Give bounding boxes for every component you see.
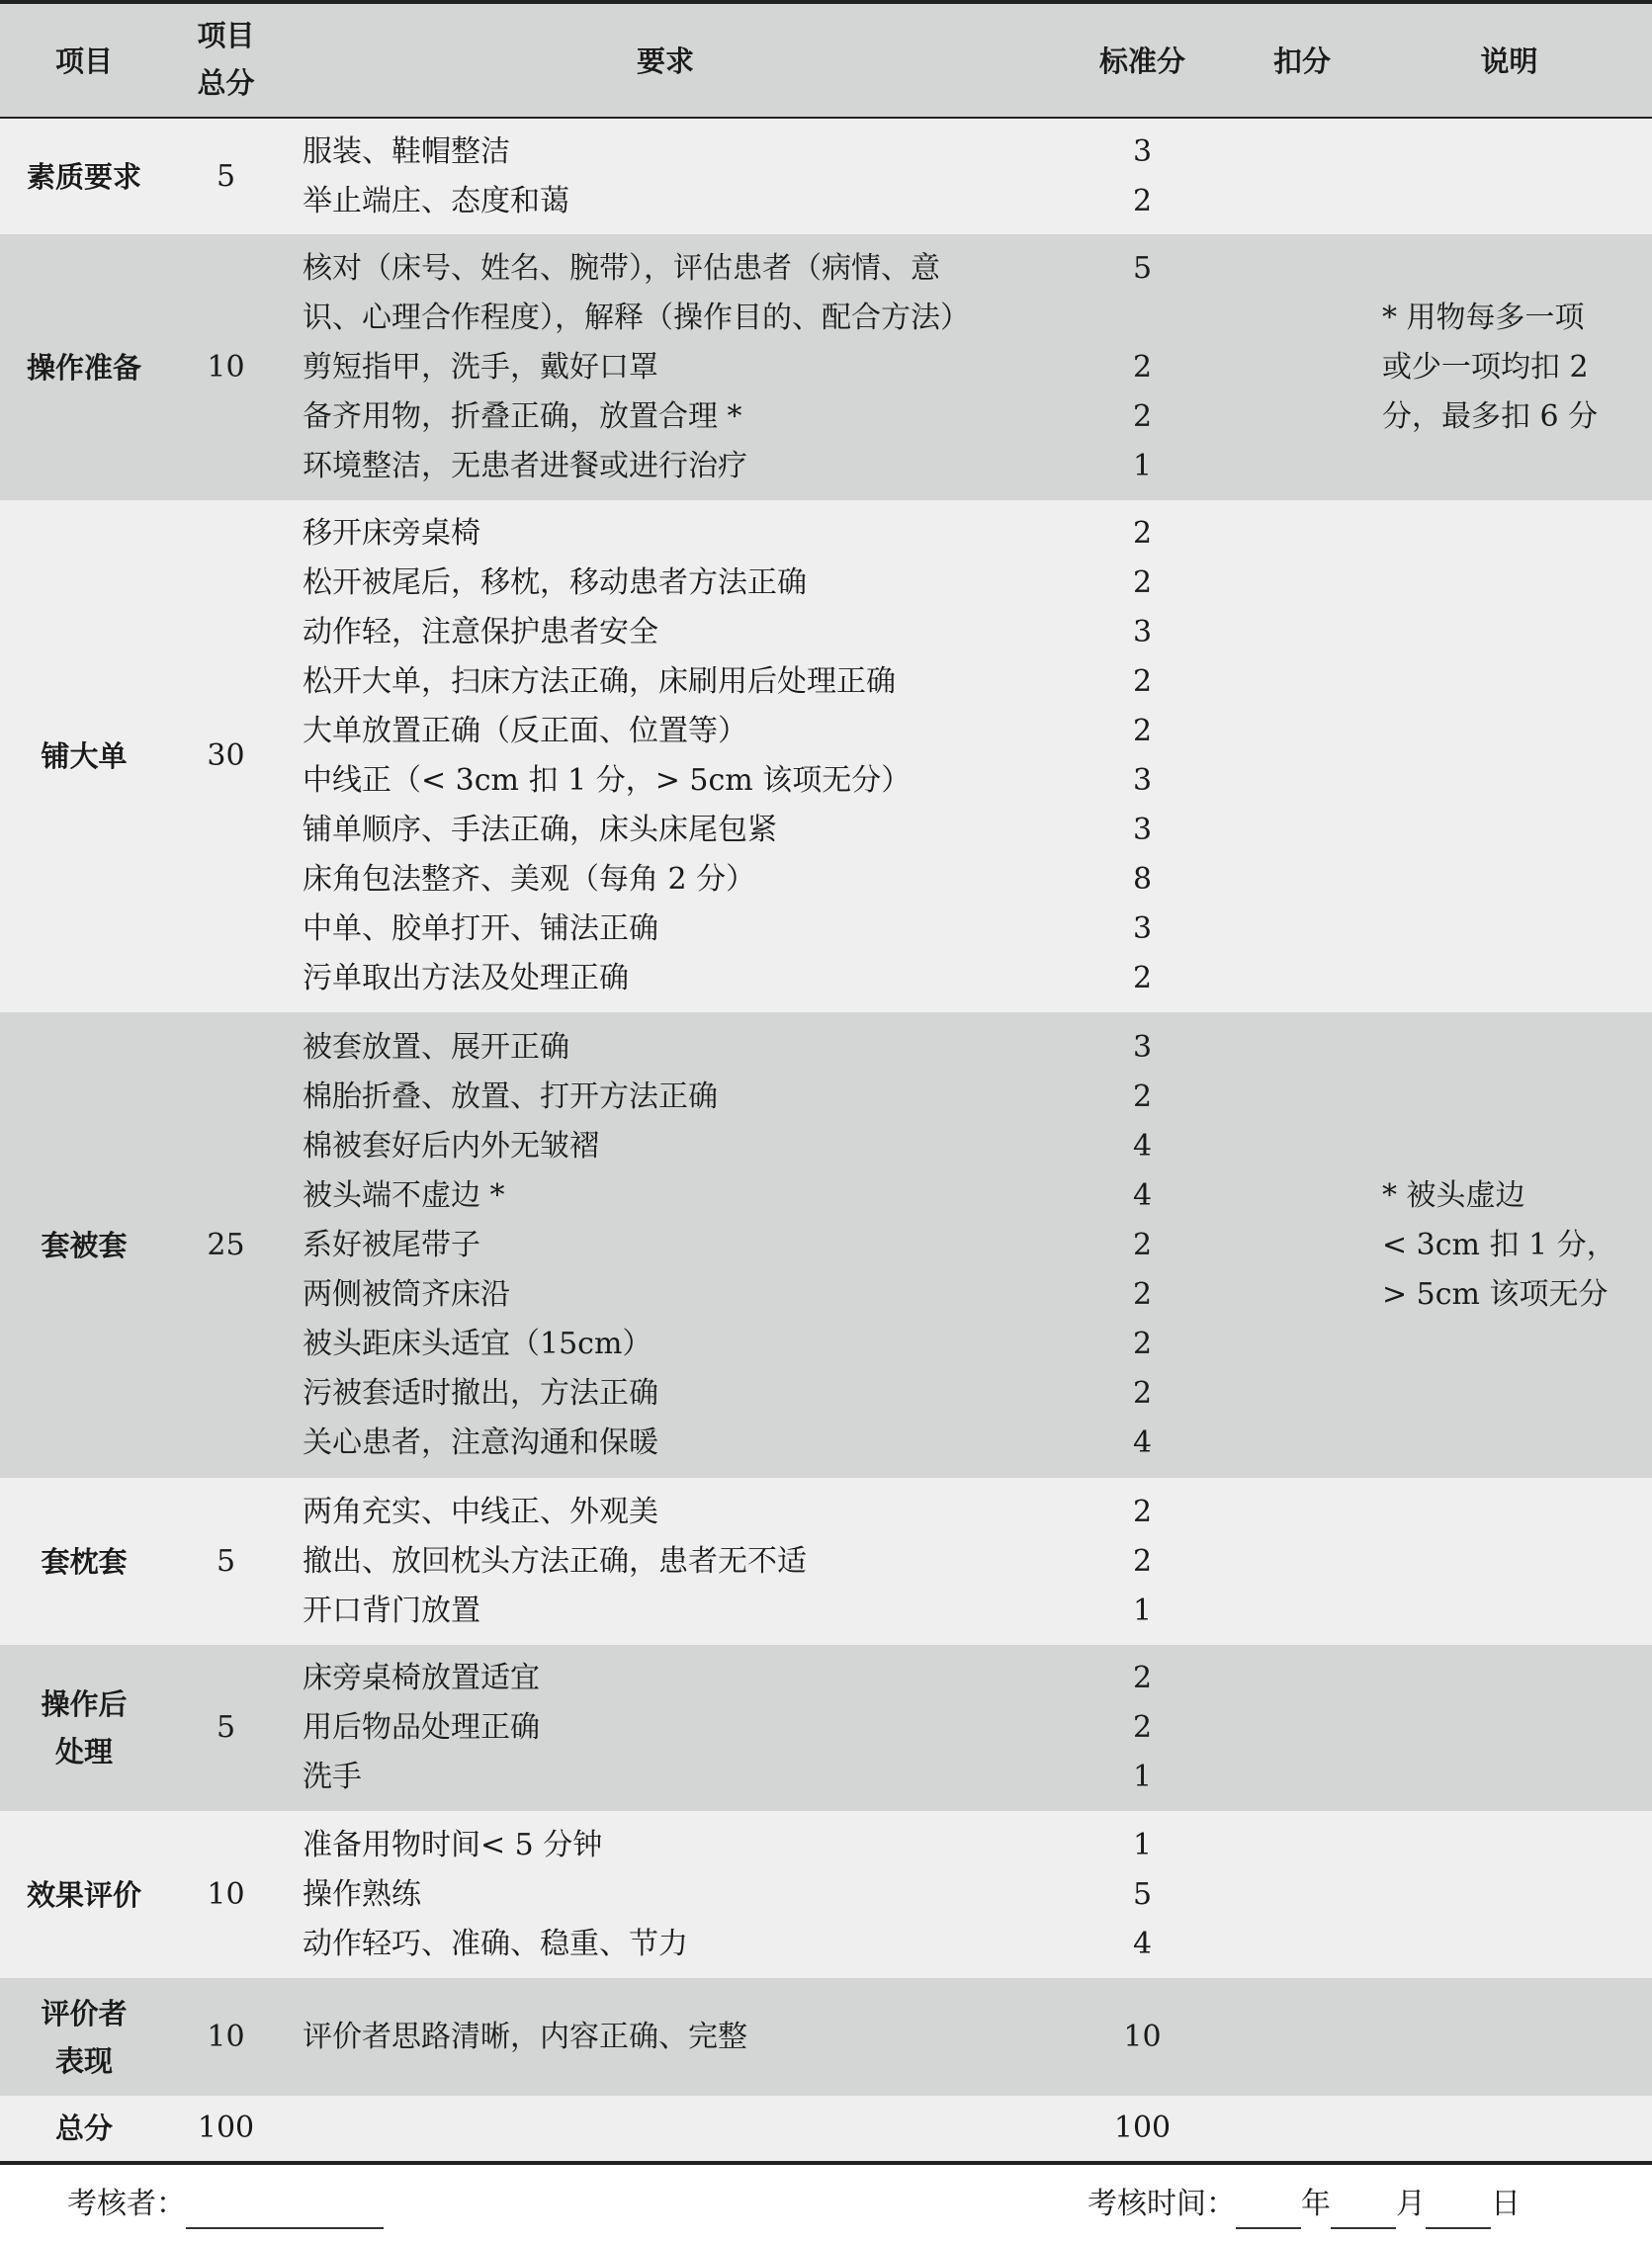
section-row: 操作后处理5床旁桌椅放置适宜2用后物品处理正确2洗手1 [0, 1645, 1652, 1811]
standard-score: 8 [1047, 855, 1238, 905]
requirement-text: 环境整洁，无患者进餐或进行治疗 [303, 442, 1054, 491]
requirement-text: 中线正（< 3cm 扣 1 分，> 5cm 该项无分） [303, 756, 1054, 806]
requirement-text: 两侧被筒齐床沿 [303, 1270, 1054, 1320]
standard-score: 2 [1047, 707, 1238, 756]
standard-score: 3 [1047, 128, 1238, 177]
note-line: > 5cm 该项无分 [1382, 1270, 1641, 1320]
section-row: 套枕套5两角充实、中线正、外观美2撤出、放回枕头方法正确，患者无不适2开口背门放… [0, 1478, 1652, 1645]
standard-score: 1 [1047, 1821, 1238, 1870]
section-total: 10 [168, 344, 284, 391]
deduct-cell[interactable] [1238, 2013, 1366, 2062]
requirement-text: 剪短指甲，洗手，戴好口罩 [303, 343, 1054, 392]
deduct-cell[interactable] [1238, 756, 1366, 806]
deduct-cell[interactable] [1238, 1171, 1366, 1221]
examiner-blank[interactable] [186, 2188, 384, 2229]
category-label: 操作后处理 [0, 1681, 168, 1775]
deduct-cell[interactable] [1238, 905, 1366, 954]
exam-time-label: 考核时间： [1087, 2187, 1236, 2221]
standard-score: 2 [1047, 1320, 1238, 1369]
category-line: 铺大单 [0, 733, 168, 780]
section-row: 素质要求5服装、鞋帽整洁3举止端庄、态度和蔼2 [0, 119, 1652, 234]
requirement-text: 评价者思路清晰，内容正确、完整 [303, 2013, 1054, 2062]
requirement-text: 中单、胶单打开、铺法正确 [303, 905, 1054, 954]
standard-score: 2 [1047, 1488, 1238, 1537]
deduct-cell[interactable] [1238, 1537, 1366, 1587]
category-label: 评价者表现 [0, 1990, 168, 2085]
deduct-cell[interactable] [1238, 177, 1366, 226]
standard-score: 2 [1047, 1270, 1238, 1320]
category-line: 套被套 [0, 1222, 168, 1269]
standard-score: 1 [1047, 442, 1238, 491]
deduct-cell[interactable] [1238, 1870, 1366, 1920]
category-line: 效果评价 [0, 1871, 168, 1919]
section-total: 5 [168, 153, 284, 201]
requirement-text: 棉被套好后内外无皱褶 [303, 1122, 1054, 1171]
category-line: 套枕套 [0, 1538, 168, 1586]
header-total: 项目 总分 [168, 12, 284, 107]
month-label: 月 [1396, 2187, 1426, 2221]
note-line: 分，最多扣 6 分 [1382, 392, 1641, 442]
deduct-cell[interactable] [1238, 806, 1366, 855]
standard-score: 2 [1047, 1073, 1238, 1122]
deduct-cell[interactable] [1238, 954, 1366, 1003]
requirement-text: 被套放置、展开正确 [303, 1023, 1054, 1073]
requirement-text: 移开床旁桌椅 [303, 509, 1054, 559]
category-label: 套被套 [0, 1222, 168, 1269]
header-requirement: 要求 [284, 38, 1047, 85]
requirement-text: 核对（床号、姓名、腕带），评估患者（病情、意 [303, 244, 1054, 294]
standard-score: 2 [1047, 509, 1238, 559]
requirement-text: 动作轻，注意保护患者安全 [303, 608, 1054, 657]
summary-label: 总分 [0, 2105, 168, 2152]
category-line: 操作准备 [0, 344, 168, 391]
section-total: 5 [168, 1704, 284, 1752]
summary-standard: 100 [1047, 2104, 1238, 2153]
standard-score: 10 [1047, 2013, 1238, 2062]
note-line: < 3cm 扣 1 分， [1382, 1221, 1641, 1270]
deduct-cell[interactable] [1238, 1122, 1366, 1171]
standard-score: 3 [1047, 756, 1238, 806]
bottom-rule [0, 2161, 1652, 2165]
standard-score: 4 [1047, 1419, 1238, 1468]
deduct-cell[interactable] [1238, 244, 1366, 294]
section-row: 评价者表现10评价者思路清晰，内容正确、完整10 [0, 1978, 1652, 2096]
deduct-cell[interactable] [1238, 707, 1366, 756]
requirement-text: 大单放置正确（反正面、位置等） [303, 707, 1054, 756]
requirement-text: 洗手 [303, 1753, 1054, 1802]
standard-score: 3 [1047, 806, 1238, 855]
year-label: 年 [1301, 2187, 1331, 2221]
header-total-line2: 总分 [168, 59, 284, 107]
category-line: 素质要求 [0, 153, 168, 201]
deduct-cell[interactable] [1238, 1419, 1366, 1468]
standard-score: 5 [1047, 244, 1238, 294]
deduct-cell[interactable] [1238, 657, 1366, 707]
standard-score: 3 [1047, 905, 1238, 954]
header-total-line1: 项目 [168, 12, 284, 59]
day-blank[interactable] [1426, 2188, 1491, 2229]
deduct-cell[interactable] [1238, 343, 1366, 392]
standard-score: 2 [1047, 1537, 1238, 1587]
year-blank[interactable] [1236, 2188, 1301, 2229]
requirement-text: 两角充实、中线正、外观美 [303, 1488, 1054, 1537]
standard-score: 2 [1047, 392, 1238, 442]
requirement-text: 松开被尾后，移枕，移动患者方法正确 [303, 559, 1054, 608]
note-line: 或少一项均扣 2 [1382, 343, 1641, 392]
month-blank[interactable] [1331, 2188, 1396, 2229]
category-label: 铺大单 [0, 733, 168, 780]
requirement-text: 撤出、放回枕头方法正确，患者无不适 [303, 1537, 1054, 1587]
deduct-cell[interactable] [1238, 1753, 1366, 1802]
requirement-text: 被头端不虚边 * [303, 1171, 1054, 1221]
section-row: 操作准备10核对（床号、姓名、腕带），评估患者（病情、意5识、心理合作程度），解… [0, 234, 1652, 500]
category-line: 表现 [0, 2037, 168, 2085]
standard-score: 4 [1047, 1122, 1238, 1171]
section-note: * 用物每多一项或少一项均扣 2分，最多扣 6 分 [1382, 294, 1641, 442]
deduct-cell[interactable] [1238, 1703, 1366, 1753]
standard-score: 2 [1047, 1369, 1238, 1419]
deduct-cell[interactable] [1238, 1587, 1366, 1636]
requirement-text: 棉胎折叠、放置、打开方法正确 [303, 1073, 1054, 1122]
header-standard: 标准分 [1047, 38, 1238, 85]
requirement-text: 床旁桌椅放置适宜 [303, 1654, 1054, 1703]
section-row: 套被套25被套放置、展开正确3棉胎折叠、放置、打开方法正确2棉被套好后内外无皱褶… [0, 1012, 1652, 1478]
note-line: * 用物每多一项 [1382, 294, 1641, 343]
deduct-cell[interactable] [1238, 1920, 1366, 1969]
standard-score: 2 [1047, 657, 1238, 707]
examiner-label: 考核者： [67, 2187, 186, 2221]
standard-score: 1 [1047, 1753, 1238, 1802]
requirement-text: 举止端庄、态度和蔼 [303, 177, 1054, 226]
standard-score: 2 [1047, 343, 1238, 392]
deduct-cell[interactable] [1238, 1270, 1366, 1320]
section-total: 5 [168, 1538, 284, 1586]
exam-time-field: 考核时间：年月日 [1087, 2180, 1521, 2229]
section-row: 铺大单30移开床旁桌椅2松开被尾后，移枕，移动患者方法正确2动作轻，注意保护患者… [0, 500, 1652, 1012]
requirement-text: 开口背门放置 [303, 1587, 1054, 1636]
header-item: 项目 [0, 38, 168, 85]
deduct-cell[interactable] [1238, 1654, 1366, 1703]
summary-row: 总分 100 100 [0, 2096, 1652, 2161]
section-total: 10 [168, 2014, 284, 2061]
standard-score: 3 [1047, 608, 1238, 657]
header-note: 说明 [1366, 38, 1652, 85]
examiner-field: 考核者： [67, 2180, 384, 2229]
standard-score: 2 [1047, 954, 1238, 1003]
standard-score: 5 [1047, 1870, 1238, 1920]
category-line: 操作后 [0, 1681, 168, 1728]
header-deduct: 扣分 [1238, 38, 1366, 85]
requirement-text: 床角包法整齐、美观（每角 2 分） [303, 855, 1054, 905]
standard-score: 2 [1047, 1221, 1238, 1270]
category-label: 套枕套 [0, 1538, 168, 1586]
deduct-cell[interactable] [1238, 1221, 1366, 1270]
section-total: 10 [168, 1871, 284, 1919]
deduct-cell[interactable] [1238, 392, 1366, 442]
deduct-cell[interactable] [1238, 1023, 1366, 1073]
requirement-text: 铺单顺序、手法正确，床头床尾包紧 [303, 806, 1054, 855]
category-line: 处理 [0, 1728, 168, 1775]
deduct-cell[interactable] [1238, 509, 1366, 559]
requirement-text: 被头距床头适宜（15cm） [303, 1320, 1054, 1369]
requirement-text: 准备用物时间< 5 分钟 [303, 1821, 1054, 1870]
requirement-text: 操作熟练 [303, 1870, 1054, 1920]
deduct-cell[interactable] [1238, 855, 1366, 905]
standard-score: 2 [1047, 1703, 1238, 1753]
deduct-cell[interactable] [1238, 1821, 1366, 1870]
requirement-text: 动作轻巧、准确、稳重、节力 [303, 1920, 1054, 1969]
deduct-cell[interactable] [1238, 608, 1366, 657]
category-label: 操作准备 [0, 344, 168, 391]
day-label: 日 [1491, 2187, 1521, 2221]
category-label: 素质要求 [0, 153, 168, 201]
standard-score: 4 [1047, 1171, 1238, 1221]
standard-score: 2 [1047, 559, 1238, 608]
requirement-text: 备齐用物，折叠正确，放置合理 * [303, 392, 1054, 442]
top-rule [0, 0, 1652, 4]
deduct-cell[interactable] [1238, 559, 1366, 608]
summary-total: 100 [168, 2105, 284, 2152]
deduct-cell[interactable] [1238, 442, 1366, 491]
deduct-cell[interactable] [1238, 294, 1366, 343]
deduct-cell[interactable] [1238, 1073, 1366, 1122]
standard-score: 3 [1047, 1023, 1238, 1073]
standard-score: 1 [1047, 1587, 1238, 1636]
section-total: 25 [168, 1222, 284, 1269]
requirement-text: 污被套适时撤出，方法正确 [303, 1369, 1054, 1419]
standard-score: 2 [1047, 1654, 1238, 1703]
requirement-text: 服装、鞋帽整洁 [303, 128, 1054, 177]
section-row: 效果评价10准备用物时间< 5 分钟1操作熟练5动作轻巧、准确、稳重、节力4 [0, 1811, 1652, 1978]
section-total: 30 [168, 733, 284, 780]
requirement-text: 松开大单，扫床方法正确，床刷用后处理正确 [303, 657, 1054, 707]
deduct-cell[interactable] [1238, 128, 1366, 177]
requirement-text: 用后物品处理正确 [303, 1703, 1054, 1753]
requirement-text: 识、心理合作程度），解释（操作目的、配合方法） [303, 294, 1054, 343]
note-line: * 被头虚边 [1382, 1171, 1641, 1221]
requirement-text: 关心患者，注意沟通和保暖 [303, 1419, 1054, 1468]
requirement-text: 系好被尾带子 [303, 1221, 1054, 1270]
standard-score: 2 [1047, 177, 1238, 226]
requirement-text: 污单取出方法及处理正确 [303, 954, 1054, 1003]
standard-score: 4 [1047, 1920, 1238, 1969]
deduct-cell[interactable] [1238, 1488, 1366, 1537]
deduct-cell[interactable] [1238, 1320, 1366, 1369]
deduct-cell[interactable] [1238, 1369, 1366, 1419]
category-label: 效果评价 [0, 1871, 168, 1919]
category-line: 评价者 [0, 1990, 168, 2037]
section-note: * 被头虚边< 3cm 扣 1 分，> 5cm 该项无分 [1382, 1171, 1641, 1320]
